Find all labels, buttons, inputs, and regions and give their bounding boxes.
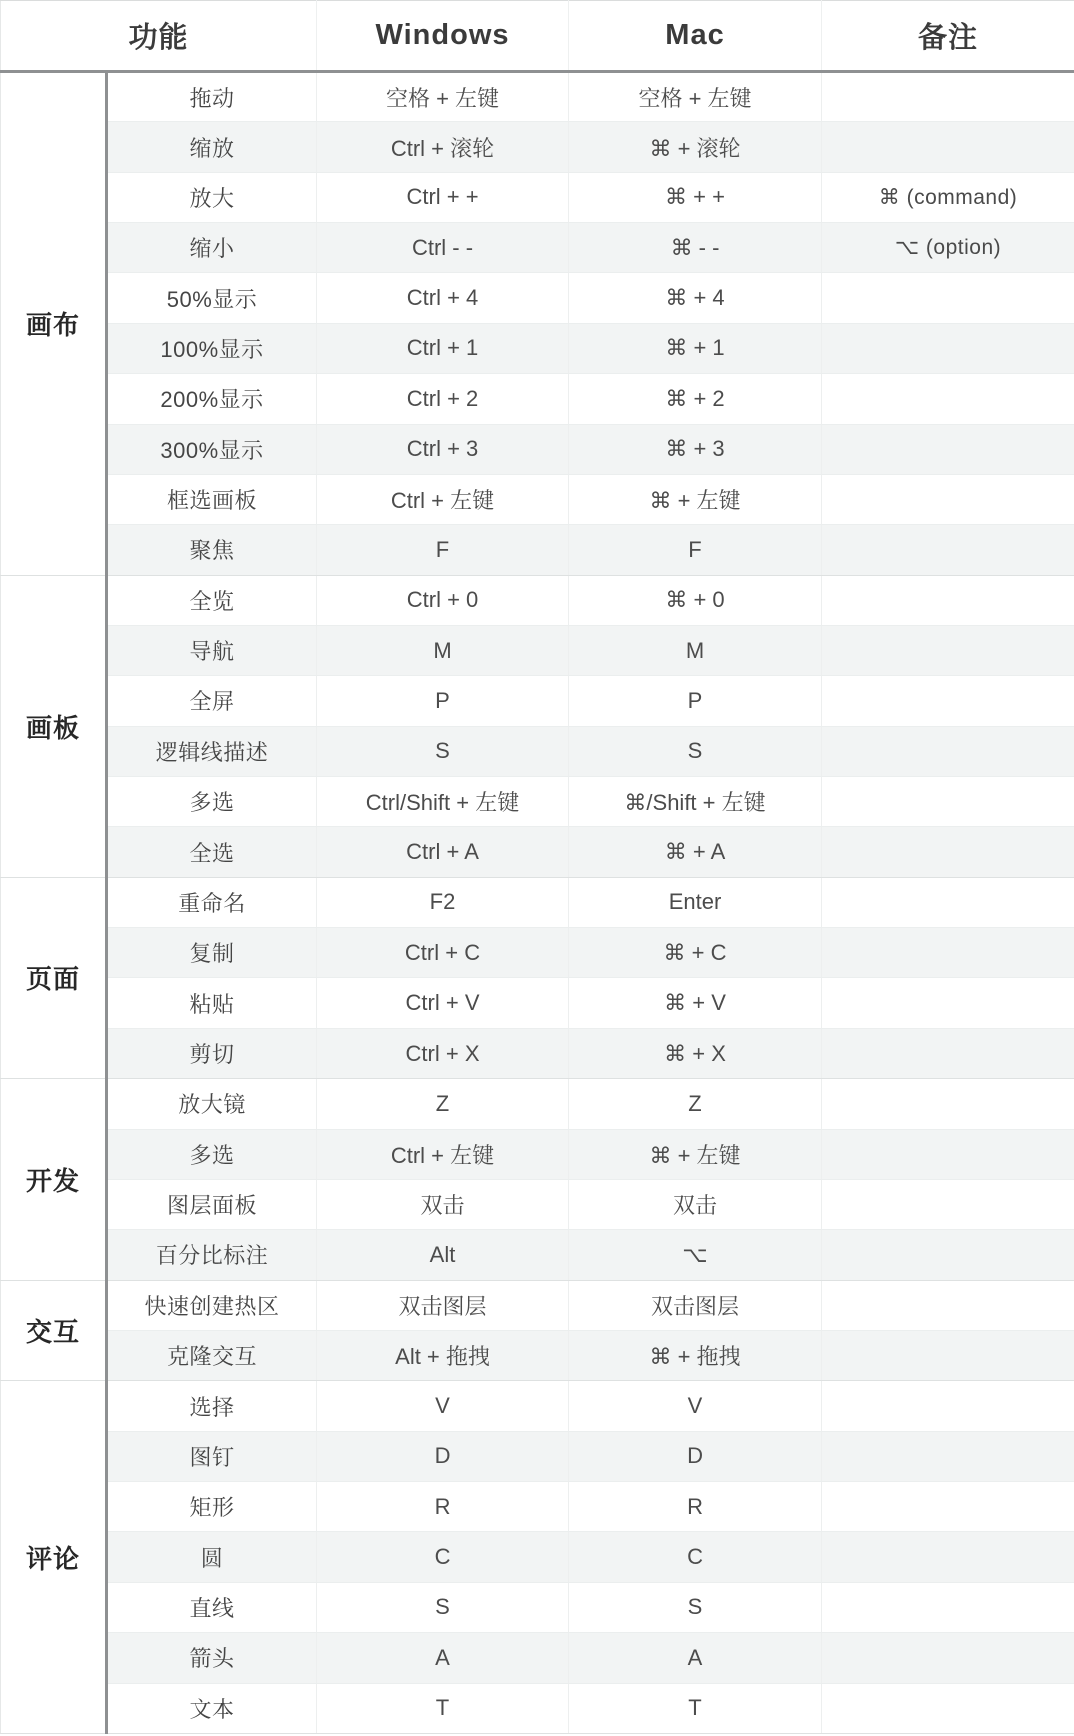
group-label: 交互 [1,1280,107,1381]
table-row: 克隆交互Alt + 拖拽⌘ + 拖拽 [1,1330,1074,1380]
table-row: 粘贴Ctrl + V⌘ + V [1,978,1074,1028]
windows-key-cell: V [317,1381,569,1431]
note-cell [822,726,1074,776]
table-row: 矩形RR [1,1482,1074,1532]
mac-key-cell: T [569,1683,822,1733]
mac-key-cell: D [569,1431,822,1481]
windows-key-cell: D [317,1431,569,1481]
note-cell [822,1129,1074,1179]
function-cell: 文本 [107,1683,317,1733]
note-cell [822,122,1074,172]
note-cell [822,1330,1074,1380]
mac-key-cell: ⌥ [569,1230,822,1280]
mac-key-cell: Z [569,1079,822,1129]
windows-key-cell: C [317,1532,569,1582]
function-cell: 缩放 [107,122,317,172]
mac-key-cell: S [569,726,822,776]
note-cell [822,1028,1074,1078]
column-header-windows: Windows [317,1,569,72]
function-cell: 矩形 [107,1482,317,1532]
table-row: 300%显示Ctrl + 3⌘ + 3 [1,424,1074,474]
function-cell: 剪切 [107,1028,317,1078]
function-cell: 300%显示 [107,424,317,474]
function-cell: 100%显示 [107,323,317,373]
table-row: 多选Ctrl/Shift + 左键⌘/Shift + 左键 [1,777,1074,827]
note-cell [822,777,1074,827]
mac-key-cell: 双击 [569,1179,822,1229]
windows-key-cell: S [317,726,569,776]
windows-key-cell: 双击 [317,1179,569,1229]
windows-key-cell: Ctrl + 滚轮 [317,122,569,172]
note-cell [822,1683,1074,1733]
windows-key-cell: T [317,1683,569,1733]
table-row: 导航MM [1,625,1074,675]
column-header-function: 功能 [1,1,317,72]
function-cell: 全屏 [107,676,317,726]
mac-key-cell: S [569,1582,822,1632]
mac-key-cell: ⌘ + + [569,172,822,222]
table-row: 页面重命名F2Enter [1,877,1074,927]
group-label: 页面 [1,877,107,1078]
function-cell: 全选 [107,827,317,877]
windows-key-cell: Ctrl + V [317,978,569,1028]
mac-key-cell: ⌘ + 滚轮 [569,122,822,172]
mac-key-cell: ⌘ - - [569,223,822,273]
table-row: 复制Ctrl + C⌘ + C [1,928,1074,978]
note-cell [822,1179,1074,1229]
function-cell: 全览 [107,575,317,625]
windows-key-cell: Ctrl - - [317,223,569,273]
windows-key-cell: Alt + 拖拽 [317,1330,569,1380]
windows-key-cell: Ctrl + 0 [317,575,569,625]
group-label: 画板 [1,575,107,877]
note-cell [822,928,1074,978]
mac-key-cell: C [569,1532,822,1582]
function-cell: 放大镜 [107,1079,317,1129]
windows-key-cell: Ctrl + 左键 [317,474,569,524]
note-cell [822,273,1074,323]
mac-key-cell: ⌘ + 拖拽 [569,1330,822,1380]
table-row: 画布拖动空格 + 左键空格 + 左键 [1,72,1074,122]
mac-key-cell: M [569,625,822,675]
windows-key-cell: Ctrl + A [317,827,569,877]
note-cell [822,1280,1074,1330]
note-cell [822,323,1074,373]
function-cell: 直线 [107,1582,317,1632]
mac-key-cell: ⌘ + 3 [569,424,822,474]
windows-key-cell: Z [317,1079,569,1129]
windows-key-cell: S [317,1582,569,1632]
mac-key-cell: ⌘ + 左键 [569,474,822,524]
shortcuts-table: 功能 Windows Mac 备注 画布拖动空格 + 左键空格 + 左键缩放Ct… [0,0,1074,1734]
group-label: 评论 [1,1381,107,1734]
table-row: 全屏PP [1,676,1074,726]
function-cell: 复制 [107,928,317,978]
table-row: 百分比标注Alt⌥ [1,1230,1074,1280]
windows-key-cell: Ctrl + C [317,928,569,978]
mac-key-cell: ⌘ + 4 [569,273,822,323]
windows-key-cell: A [317,1633,569,1683]
windows-key-cell: Ctrl + 4 [317,273,569,323]
windows-key-cell: Ctrl + + [317,172,569,222]
note-cell [822,525,1074,575]
group-label: 开发 [1,1079,107,1280]
note-cell [822,1381,1074,1431]
function-cell: 缩小 [107,223,317,273]
note-cell [822,575,1074,625]
mac-key-cell: F [569,525,822,575]
mac-key-cell: ⌘ + X [569,1028,822,1078]
windows-key-cell: Alt [317,1230,569,1280]
function-cell: 聚焦 [107,525,317,575]
mac-key-cell: P [569,676,822,726]
note-cell [822,1582,1074,1632]
mac-key-cell: Enter [569,877,822,927]
note-cell: ⌥ (option) [822,223,1074,273]
windows-key-cell: P [317,676,569,726]
mac-key-cell: 双击图层 [569,1280,822,1330]
group-label: 画布 [1,72,107,576]
function-cell: 放大 [107,172,317,222]
function-cell: 50%显示 [107,273,317,323]
table-row: 文本TT [1,1683,1074,1733]
header-row: 功能 Windows Mac 备注 [1,1,1074,72]
note-cell [822,877,1074,927]
mac-key-cell: V [569,1381,822,1431]
note-cell [822,1482,1074,1532]
function-cell: 多选 [107,1129,317,1179]
shortcut-reference-page: 功能 Windows Mac 备注 画布拖动空格 + 左键空格 + 左键缩放Ct… [0,0,1074,1736]
function-cell: 百分比标注 [107,1230,317,1280]
windows-key-cell: Ctrl + 左键 [317,1129,569,1179]
windows-key-cell: R [317,1482,569,1532]
mac-key-cell: R [569,1482,822,1532]
table-row: 多选Ctrl + 左键⌘ + 左键 [1,1129,1074,1179]
table-row: 圆CC [1,1532,1074,1582]
table-row: 200%显示Ctrl + 2⌘ + 2 [1,374,1074,424]
table-row: 图钉DD [1,1431,1074,1481]
mac-key-cell: ⌘ + V [569,978,822,1028]
table-row: 框选画板Ctrl + 左键⌘ + 左键 [1,474,1074,524]
windows-key-cell: Ctrl + 1 [317,323,569,373]
function-cell: 多选 [107,777,317,827]
function-cell: 图层面板 [107,1179,317,1229]
windows-key-cell: 双击图层 [317,1280,569,1330]
function-cell: 拖动 [107,72,317,122]
function-cell: 快速创建热区 [107,1280,317,1330]
note-cell [822,827,1074,877]
note-cell [822,978,1074,1028]
table-row: 开发放大镜ZZ [1,1079,1074,1129]
windows-key-cell: M [317,625,569,675]
windows-key-cell: Ctrl + 2 [317,374,569,424]
mac-key-cell: 空格 + 左键 [569,72,822,122]
note-cell [822,676,1074,726]
function-cell: 选择 [107,1381,317,1431]
note-cell [822,374,1074,424]
note-cell [822,1431,1074,1481]
windows-key-cell: F2 [317,877,569,927]
table-row: 剪切Ctrl + X⌘ + X [1,1028,1074,1078]
table-row: 100%显示Ctrl + 1⌘ + 1 [1,323,1074,373]
note-cell [822,1079,1074,1129]
table-row: 画板全览Ctrl + 0⌘ + 0 [1,575,1074,625]
note-cell [822,72,1074,122]
note-cell [822,1230,1074,1280]
windows-key-cell: Ctrl + 3 [317,424,569,474]
column-header-mac: Mac [569,1,822,72]
table-row: 缩小Ctrl - -⌘ - -⌥ (option) [1,223,1074,273]
table-row: 全选Ctrl + A⌘ + A [1,827,1074,877]
function-cell: 克隆交互 [107,1330,317,1380]
windows-key-cell: 空格 + 左键 [317,72,569,122]
function-cell: 箭头 [107,1633,317,1683]
mac-key-cell: ⌘ + 左键 [569,1129,822,1179]
note-cell [822,1633,1074,1683]
mac-key-cell: A [569,1633,822,1683]
function-cell: 200%显示 [107,374,317,424]
table-row: 50%显示Ctrl + 4⌘ + 4 [1,273,1074,323]
table-row: 交互快速创建热区双击图层双击图层 [1,1280,1074,1330]
function-cell: 逻辑线描述 [107,726,317,776]
function-cell: 粘贴 [107,978,317,1028]
table-row: 评论选择VV [1,1381,1074,1431]
windows-key-cell: F [317,525,569,575]
function-cell: 图钉 [107,1431,317,1481]
function-cell: 重命名 [107,877,317,927]
table-row: 聚焦FF [1,525,1074,575]
mac-key-cell: ⌘ + 2 [569,374,822,424]
mac-key-cell: ⌘ + 1 [569,323,822,373]
note-cell [822,474,1074,524]
note-cell [822,625,1074,675]
table-row: 放大Ctrl + +⌘ + +⌘ (command) [1,172,1074,222]
table-row: 箭头AA [1,1633,1074,1683]
function-cell: 导航 [107,625,317,675]
note-cell [822,1532,1074,1582]
note-cell [822,424,1074,474]
table-row: 逻辑线描述SS [1,726,1074,776]
mac-key-cell: ⌘ + 0 [569,575,822,625]
note-cell: ⌘ (command) [822,172,1074,222]
mac-key-cell: ⌘/Shift + 左键 [569,777,822,827]
windows-key-cell: Ctrl/Shift + 左键 [317,777,569,827]
function-cell: 圆 [107,1532,317,1582]
windows-key-cell: Ctrl + X [317,1028,569,1078]
mac-key-cell: ⌘ + A [569,827,822,877]
column-header-notes: 备注 [822,1,1074,72]
table-row: 缩放Ctrl + 滚轮⌘ + 滚轮 [1,122,1074,172]
table-row: 图层面板双击双击 [1,1179,1074,1229]
table-row: 直线SS [1,1582,1074,1632]
mac-key-cell: ⌘ + C [569,928,822,978]
function-cell: 框选画板 [107,474,317,524]
